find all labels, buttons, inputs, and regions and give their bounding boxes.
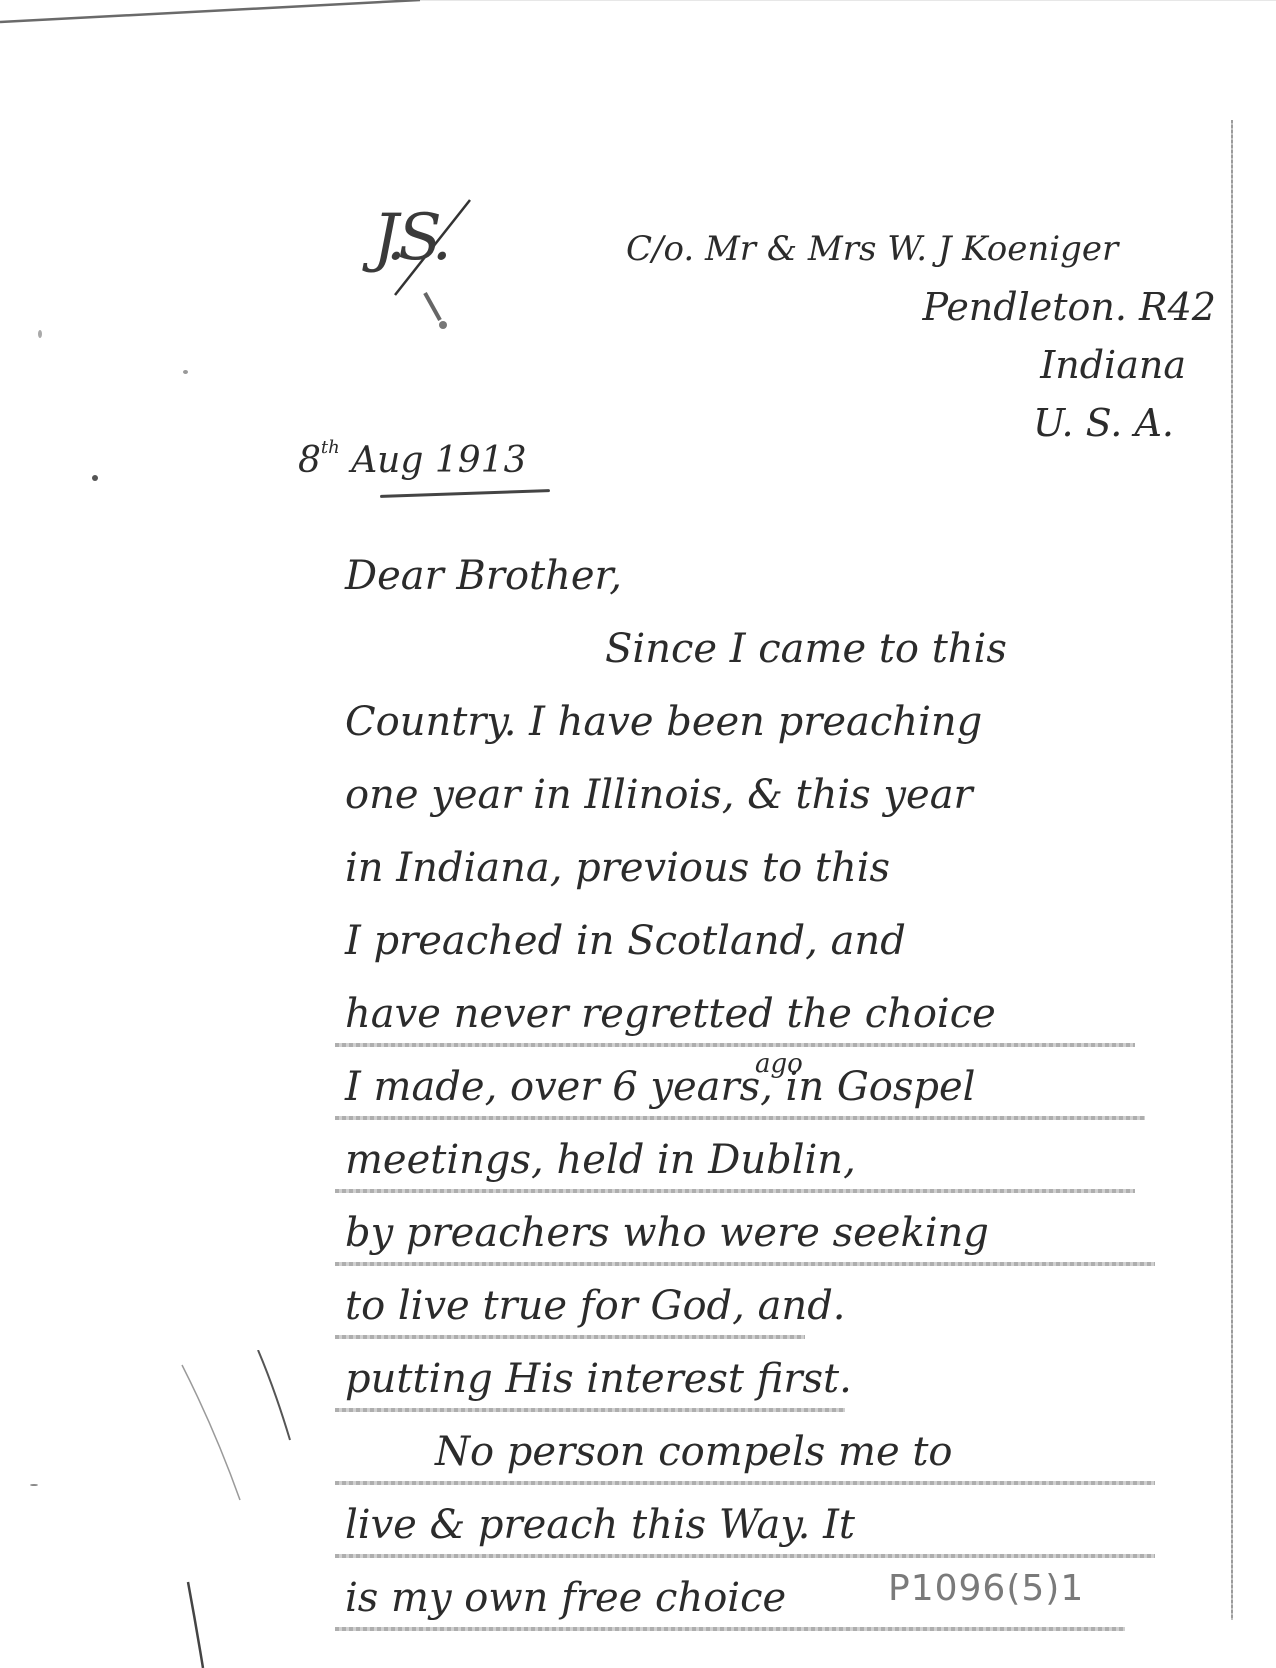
- body-line: Country. I have been preaching: [345, 686, 1225, 759]
- scan-speck: [92, 475, 98, 481]
- body-line: Since I came to this: [345, 613, 1225, 686]
- body-line: putting His interest first.: [345, 1343, 1225, 1416]
- body-line: meetings, held in Dublin,: [345, 1124, 1225, 1197]
- insertion-text: ago: [755, 1051, 803, 1077]
- address-line-country: U. S. A.: [596, 394, 1216, 452]
- body-line-with-insertion: I made, over 6 years, in Gospel ago: [345, 1051, 1225, 1124]
- date-ordinal: th: [321, 437, 340, 458]
- address-line-care-of: C/o. Mr & Mrs W. J Koeniger: [596, 220, 1216, 278]
- address-line-town: Pendleton. R42: [596, 278, 1216, 336]
- letter-date: 8th Aug 1913: [298, 440, 526, 481]
- body-line: No person compels me to: [345, 1416, 1225, 1489]
- date-day: 8: [298, 440, 321, 481]
- salutation: Dear Brother,: [345, 540, 1225, 613]
- body-line: one year in Illinois, & this year: [345, 759, 1225, 832]
- date-month-year: Aug 1913: [351, 440, 526, 481]
- body-line: is my own free choice: [345, 1562, 1225, 1635]
- address-block: C/o. Mr & Mrs W. J Koeniger Pendleton. R…: [596, 220, 1216, 452]
- body-line: in Indiana, previous to this: [345, 832, 1225, 905]
- scan-speck: [38, 330, 42, 338]
- body-line: have never regretted the choice: [345, 978, 1225, 1051]
- scan-speck: [183, 370, 188, 374]
- scan-edge-line: [0, 0, 1276, 30]
- body-line: to live true for God, and.: [345, 1270, 1225, 1343]
- right-margin-rule: [1231, 120, 1233, 1620]
- initials-text: J.S.: [373, 201, 444, 275]
- body-line: live & preach this Way. It: [345, 1489, 1225, 1562]
- archive-reference: P1096(5)1: [888, 1568, 1084, 1609]
- initials-mark: J.S.: [355, 185, 495, 355]
- date-underline: [380, 489, 550, 498]
- scan-fold-curve: [0, 1350, 320, 1668]
- body-line: I preached in Scotland, and: [345, 905, 1225, 978]
- letter-body: Dear Brother, Since I came to this Count…: [345, 540, 1225, 1635]
- body-line: by preachers who were seeking: [345, 1197, 1225, 1270]
- address-line-state: Indiana: [596, 336, 1216, 394]
- body-line-text: I made, over 6 years, in Gospel: [345, 1064, 975, 1110]
